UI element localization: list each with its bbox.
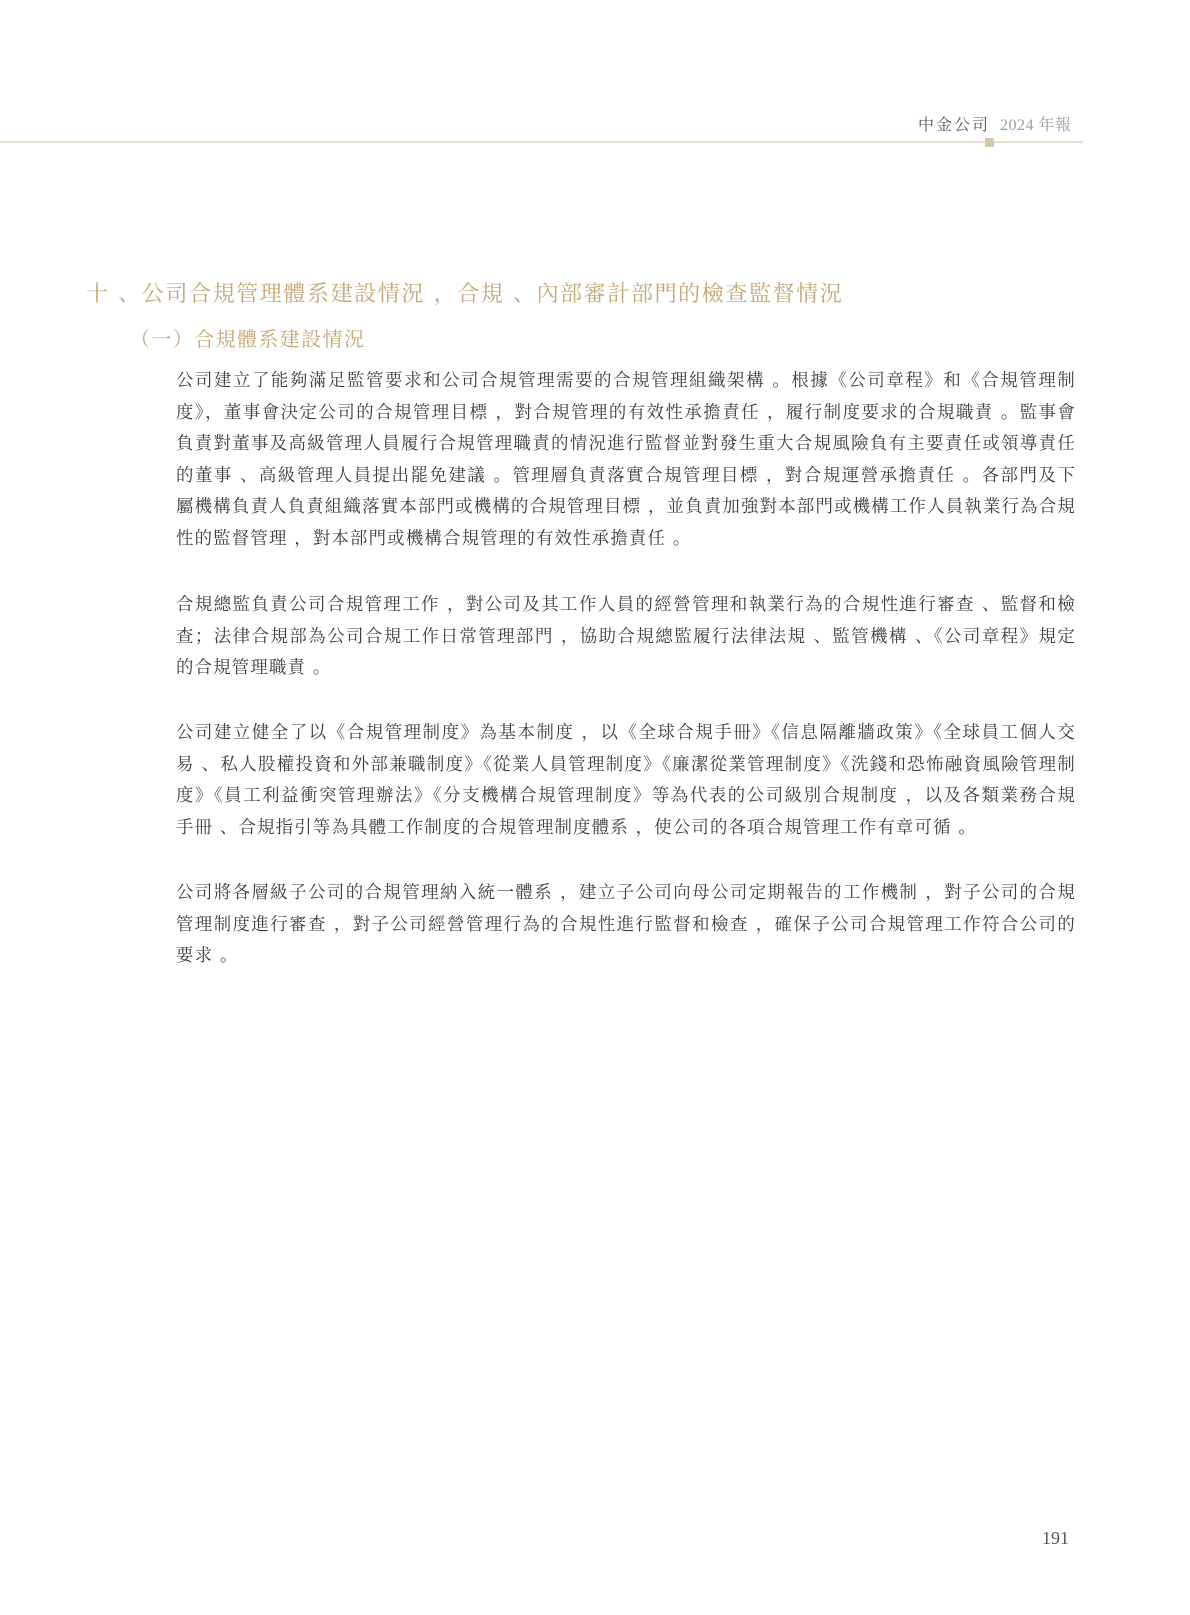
header-company-name: 中金公司 [918,112,990,135]
header-rule [0,141,1083,143]
paragraph-2: 合規總監負責公司合規管理工作 ，對公司及其工作人員的經營管理和執業行為的合規性進… [176,590,1076,685]
paragraph-1: 公司建立了能夠滿足監管要求和公司合規管理需要的合規管理組織架構 。根據《公司章程… [176,366,1076,555]
header-square-marker [985,138,994,147]
header-report-title: 2024 年報 [1000,112,1072,135]
paragraph-3: 公司建立健全了以《合規管理制度》為基本制度 ，以《全球合規手冊》《信息隔離牆政策… [176,718,1076,844]
page-number: 191 [1042,1528,1069,1549]
paragraph-4: 公司將各層級子公司的合規管理納入統一體系 ，建立子公司向母公司定期報告的工作機制… [176,878,1076,973]
section-title: 十 、公司合規管理體系建設情況 ，合規 、內部審計部門的檢查監督情況 [86,277,843,308]
subsection-title: （一）合規體系建設情況 [130,323,365,352]
